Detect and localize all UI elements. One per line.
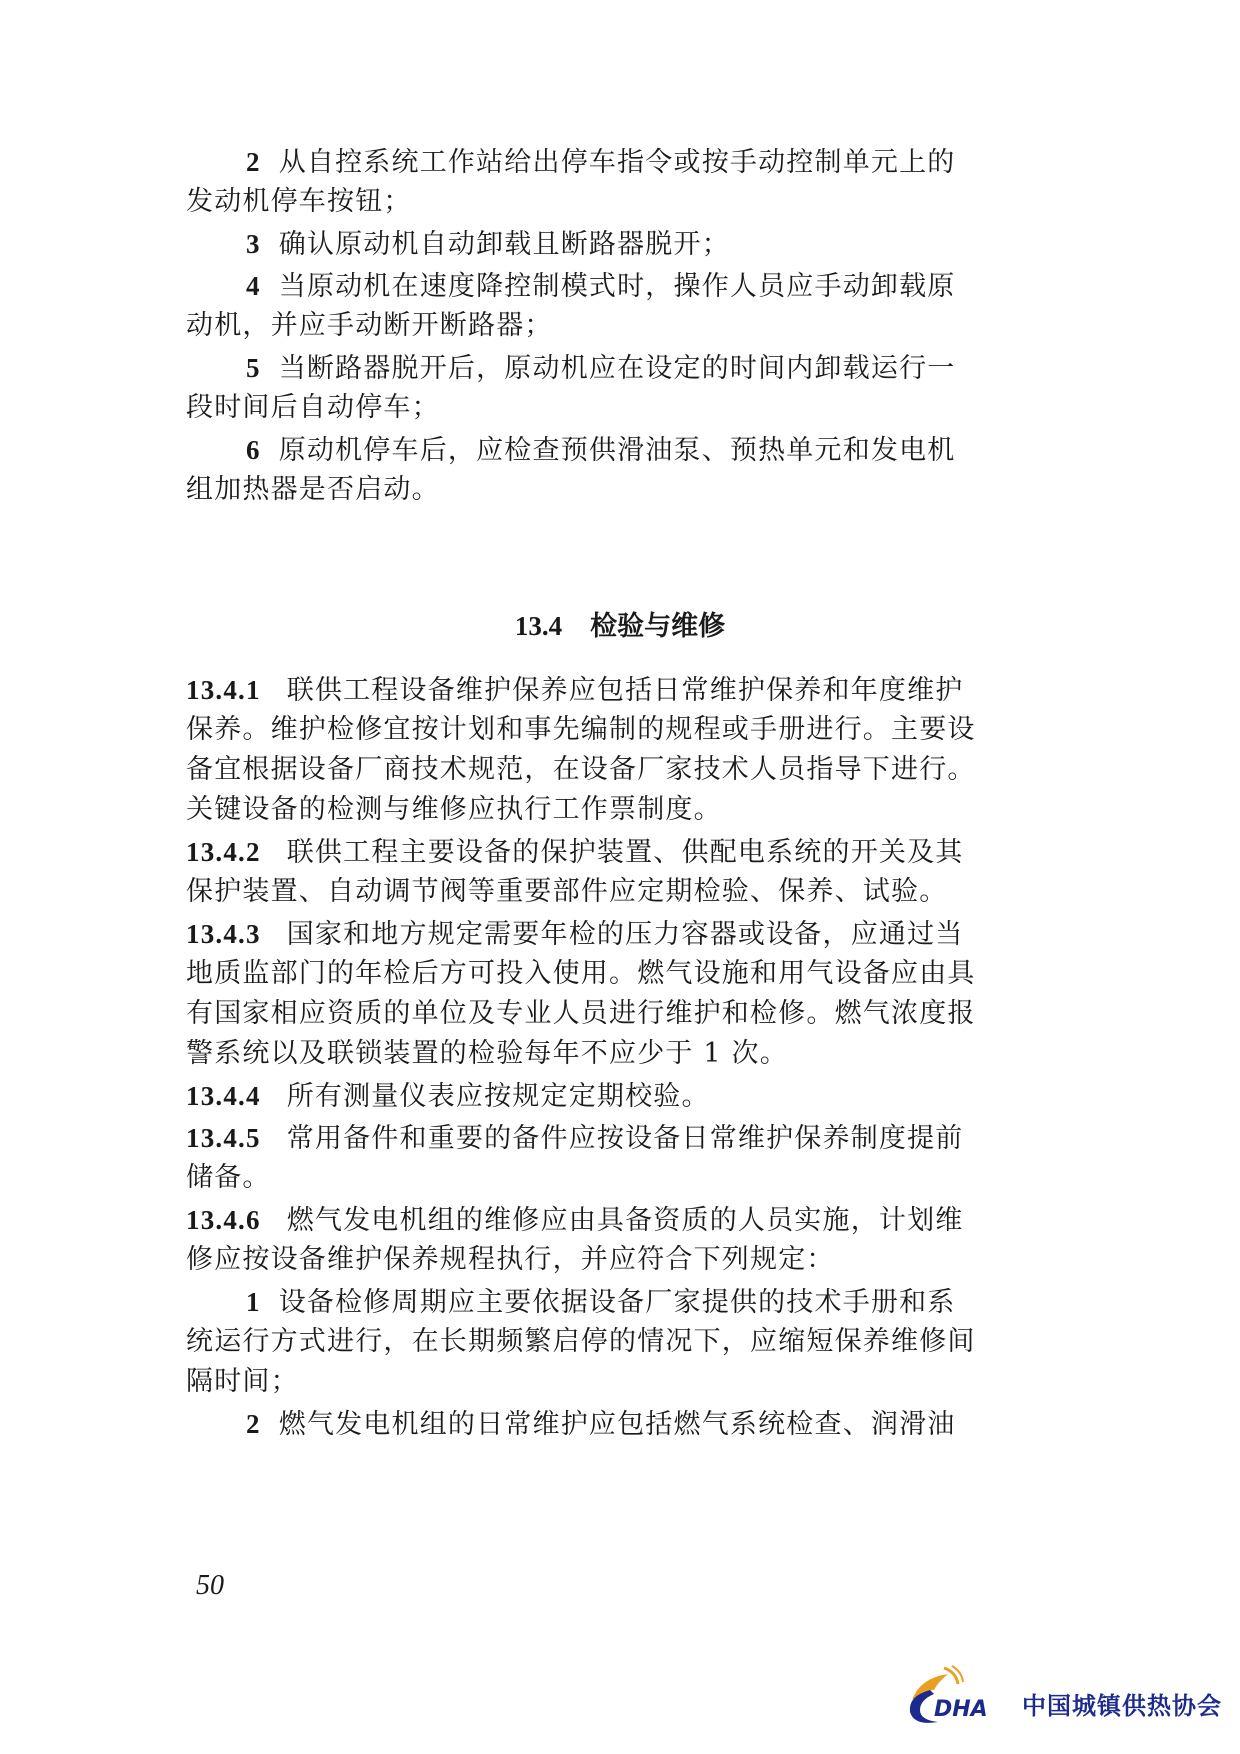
clause-13-4-1-line-3: 备宜根据设备厂商技术规范，在设备厂家技术人员指导下进行。 <box>186 752 1056 788</box>
subitem-2-line-1: 2燃气发电机组的日常维护应包括燃气系统检查、润滑油 <box>246 1406 1116 1443</box>
clause-13-4-6-line-1: 13.4.6燃气发电机组的维修应由具备资质的人员实施，计划维 <box>186 1202 1056 1239</box>
dha-logo-icon: DHA <box>900 1660 1020 1730</box>
clause-13-4-1-line-2: 保养。维护检修宜按计划和事先编制的规程或手册进行。主要设 <box>186 712 1056 748</box>
item-2-line-1: 2从自控系统工作站给出停车指令或按手动控制单元上的 <box>246 144 1116 181</box>
clause-13-4-3-line-2: 地质监部门的年检后方可投入使用。燃气设施和用气设备应由具 <box>186 956 1056 992</box>
item-text: 确认原动机自动卸载且断路器脱开； <box>279 229 730 260</box>
item-3-line-1: 3确认原动机自动卸载且断路器脱开； <box>246 226 1116 263</box>
item-number: 2 <box>246 1409 261 1439</box>
clause-text: 保养。维护检修宜按计划和事先编制的规程或手册进行。主要设 <box>186 714 976 745</box>
section-heading: 13.4检验与维修 <box>0 604 1240 643</box>
clause-text: 修应按设备维护保养规程执行，并应符合下列规定： <box>186 1244 835 1275</box>
clause-text: 保护装置、自动调节阀等重要部件应定期检验、保养、试验。 <box>186 876 947 907</box>
clause-text: 联供工程设备维护保养应包括日常维护保养和年度维护 <box>287 675 964 706</box>
clause-number: 13.4.4 <box>186 1081 261 1111</box>
item-text: 动机，并应手动断开断路器； <box>186 310 553 341</box>
item-text: 段时间后自动停车； <box>186 392 440 423</box>
clause-13-4-1-line-4: 关键设备的检测与维修应执行工作票制度。 <box>186 792 1056 828</box>
clause-text: 备宜根据设备厂商技术规范，在设备厂家技术人员指导下进行。 <box>186 754 976 785</box>
footer-logo: DHA 中国城镇供热协会 <box>900 1660 1220 1730</box>
clause-13-4-4-line-1: 13.4.4所有测量仪表应按规定定期校验。 <box>186 1078 1056 1115</box>
section-number: 13.4 <box>515 611 562 641</box>
clause-text: 警系统以及联锁装置的检验每年不应少于 1 次。 <box>186 1038 788 1069</box>
document-page: 2从自控系统工作站给出停车指令或按手动控制单元上的 发动机停车按钮； 3确认原动… <box>0 0 1240 1754</box>
clause-13-4-1-line-1: 13.4.1联供工程设备维护保养应包括日常维护保养和年度维护 <box>186 672 1056 709</box>
clause-13-4-5-line-2: 储备。 <box>186 1160 1056 1196</box>
item-4-line-1: 4当原动机在速度降控制模式时，操作人员应手动卸载原 <box>246 268 1116 305</box>
item-text: 原动机停车后，应检查预供滑油泵、预热单元和发电机 <box>279 435 956 466</box>
clause-text: 燃气发电机组的维修应由具备资质的人员实施，计划维 <box>287 1205 964 1236</box>
clause-13-4-2-line-2: 保护装置、自动调节阀等重要部件应定期检验、保养、试验。 <box>186 874 1056 910</box>
clause-text: 所有测量仪表应按规定定期校验。 <box>287 1081 710 1112</box>
item-number: 1 <box>246 1287 261 1317</box>
subitem-1-line-1: 1设备检修周期应主要依据设备厂家提供的技术手册和系 <box>246 1284 1116 1321</box>
clause-13-4-6-line-2: 修应按设备维护保养规程执行，并应符合下列规定： <box>186 1242 1056 1278</box>
item-text: 组加热器是否启动。 <box>186 474 440 505</box>
clause-text: 国家和地方规定需要年检的压力容器或设备，应通过当 <box>287 919 964 950</box>
item-6-line-1: 6原动机停车后，应检查预供滑油泵、预热单元和发电机 <box>246 432 1116 469</box>
clause-number: 13.4.2 <box>186 837 261 867</box>
item-5-line-1: 5当断路器脱开后，原动机应在设定的时间内卸载运行一 <box>246 350 1116 387</box>
item-number: 2 <box>246 147 261 177</box>
item-5-line-2: 段时间后自动停车； <box>186 390 1056 426</box>
item-text: 当断路器脱开后，原动机应在设定的时间内卸载运行一 <box>279 353 956 384</box>
item-number: 4 <box>246 271 261 301</box>
clause-text: 关键设备的检测与维修应执行工作票制度。 <box>186 794 722 825</box>
clause-13-4-3-line-4: 警系统以及联锁装置的检验每年不应少于 1 次。 <box>186 1036 1056 1072</box>
clause-number: 13.4.6 <box>186 1205 261 1235</box>
clause-text: 常用备件和重要的备件应按设备日常维护保养制度提前 <box>287 1123 964 1154</box>
item-number: 5 <box>246 353 261 383</box>
item-4-line-2: 动机，并应手动断开断路器； <box>186 308 1056 344</box>
clause-text: 地质监部门的年检后方可投入使用。燃气设施和用气设备应由具 <box>186 958 976 989</box>
subitem-1-line-3: 隔时间； <box>186 1364 1056 1400</box>
item-2-line-2: 发动机停车按钮； <box>186 184 1056 220</box>
svg-text:DHA: DHA <box>934 1697 988 1722</box>
clause-text: 有国家相应资质的单位及专业人员进行维护和检修。燃气浓度报 <box>186 998 976 1029</box>
item-text: 从自控系统工作站给出停车指令或按手动控制单元上的 <box>279 147 956 178</box>
clause-13-4-2-line-1: 13.4.2联供工程主要设备的保护装置、供配电系统的开关及其 <box>186 834 1056 871</box>
clause-number: 13.4.1 <box>186 675 261 705</box>
item-text: 燃气发电机组的日常维护应包括燃气系统检查、润滑油 <box>279 1409 956 1440</box>
item-text: 当原动机在速度降控制模式时，操作人员应手动卸载原 <box>279 271 956 302</box>
clause-number: 13.4.5 <box>186 1123 261 1153</box>
clause-13-4-3-line-3: 有国家相应资质的单位及专业人员进行维护和检修。燃气浓度报 <box>186 996 1056 1032</box>
item-text: 设备检修周期应主要依据设备厂家提供的技术手册和系 <box>279 1287 956 1318</box>
item-text: 隔时间； <box>186 1366 299 1397</box>
page-number: 50 <box>196 1570 224 1602</box>
item-6-line-2: 组加热器是否启动。 <box>186 472 1056 508</box>
clause-13-4-5-line-1: 13.4.5常用备件和重要的备件应按设备日常维护保养制度提前 <box>186 1120 1056 1157</box>
item-text: 统运行方式进行，在长期频繁启停的情况下，应缩短保养维修间 <box>186 1326 976 1357</box>
item-number: 3 <box>246 229 261 259</box>
item-text: 发动机停车按钮； <box>186 186 412 217</box>
clause-text: 联供工程主要设备的保护装置、供配电系统的开关及其 <box>287 837 964 868</box>
section-title: 检验与维修 <box>590 611 725 642</box>
org-name: 中国城镇供热协会 <box>1022 1686 1222 1721</box>
item-number: 6 <box>246 435 261 465</box>
clause-number: 13.4.3 <box>186 919 261 949</box>
clause-13-4-3-line-1: 13.4.3国家和地方规定需要年检的压力容器或设备，应通过当 <box>186 916 1056 953</box>
subitem-1-line-2: 统运行方式进行，在长期频繁启停的情况下，应缩短保养维修间 <box>186 1324 1056 1360</box>
clause-text: 储备。 <box>186 1162 271 1193</box>
